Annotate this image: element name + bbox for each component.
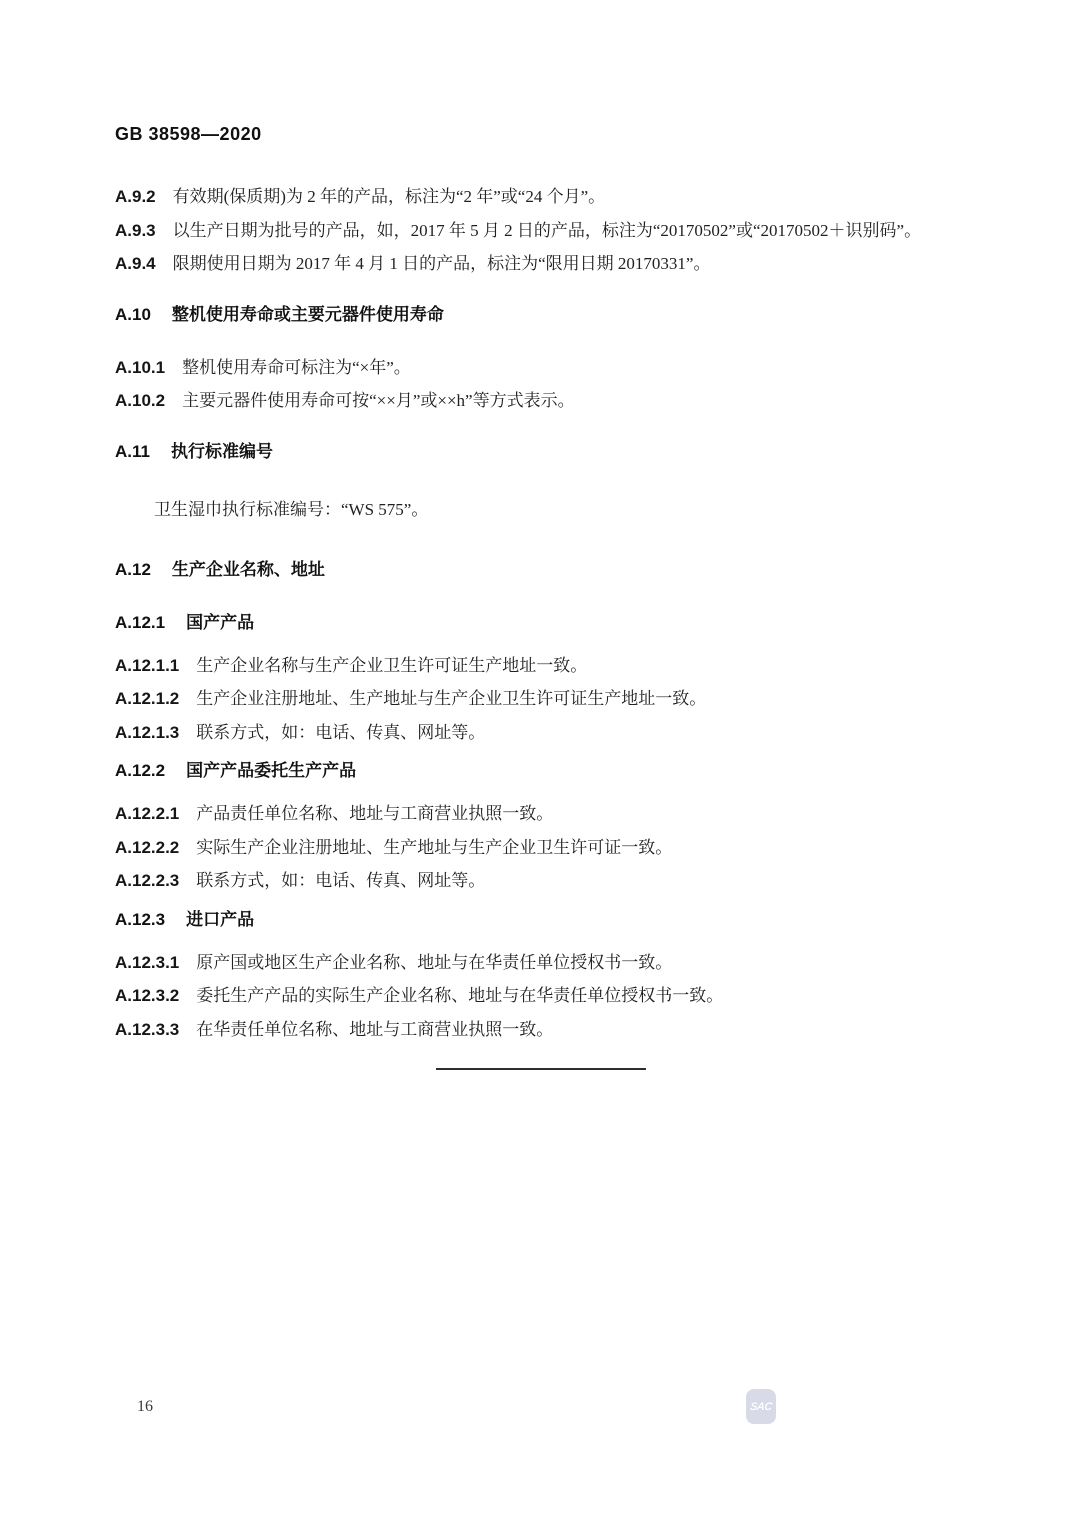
clause-number: A.12.3.3 [115,1020,179,1039]
section-heading: A.10整机使用寿命或主要元器件使用寿命 [115,298,967,332]
clause-text: 生产企业名称、地址 [172,560,325,579]
clause: A.10.1整机使用寿命可标注为“×年”。 [115,351,967,385]
clause-text: 整机使用寿命可标注为“×年”。 [182,358,411,377]
clause-number: A.12.3 [115,910,165,929]
clause-number: A.12 [115,560,151,579]
clause: A.12.1.3联系方式，如：电话、传真、网址等。 [115,716,967,750]
clause-number: A.12.1.2 [115,689,179,708]
subsection-heading: A.12.1国产产品 [115,606,967,640]
clause-number: A.12.3.1 [115,953,179,972]
section-heading: A.12生产企业名称、地址 [115,553,967,587]
clause-text: 在华责任单位名称、地址与工商营业执照一致。 [196,1020,553,1039]
clause-number: A.10 [115,305,151,324]
clause-number: A.12.1.1 [115,656,179,675]
clause-text: 产品责任单位名称、地址与工商营业执照一致。 [196,804,553,823]
clause-text: 限期使用日期为 2017 年 4 月 1 日的产品，标注为“限用日期 20170… [173,254,711,273]
clause-number: A.12.3.2 [115,986,179,1005]
clause: A.12.1.1生产企业名称与生产企业卫生许可证生产地址一致。 [115,649,967,683]
subsection-heading: A.12.3进口产品 [115,903,967,937]
clause: A.12.2.1产品责任单位名称、地址与工商营业执照一致。 [115,797,967,831]
clause: A.12.3.2委托生产产品的实际生产企业名称、地址与在华责任单位授权书一致。 [115,979,967,1013]
clause-text: 委托生产产品的实际生产企业名称、地址与在华责任单位授权书一致。 [196,986,723,1005]
clause-number: A.12.2.1 [115,804,179,823]
clause-text: 进口产品 [186,910,254,929]
subsection-heading: A.12.2国产产品委托生产产品 [115,754,967,788]
clause-number: A.9.3 [115,221,156,240]
clause: A.9.2有效期(保质期)为 2 年的产品，标注为“2 年”或“24 个月”。 [115,180,967,214]
clause-number: A.9.2 [115,187,156,206]
clause-text: 有效期(保质期)为 2 年的产品，标注为“2 年”或“24 个月”。 [173,187,606,206]
clause-number: A.10.1 [115,358,165,377]
clause: A.12.1.2生产企业注册地址、生产地址与生产企业卫生许可证生产地址一致。 [115,682,967,716]
end-of-text-divider [436,1068,646,1070]
clause-number: A.9.4 [115,254,156,273]
clause-text: 整机使用寿命或主要元器件使用寿命 [172,305,444,324]
clause-text: 联系方式，如：电话、传真、网址等。 [196,723,485,742]
standard-number-header: GB 38598—2020 [115,122,967,146]
clause-number: A.12.2 [115,761,165,780]
clause-text: 卫生湿巾执行标准编号：“WS 575”。 [154,500,428,519]
clause: A.12.2.2实际生产企业注册地址、生产地址与生产企业卫生许可证一致。 [115,831,967,865]
clause-text: 联系方式，如：电话、传真、网址等。 [196,871,485,890]
clause: A.10.2主要元器件使用寿命可按“××月”或××h”等方式表示。 [115,384,967,418]
clause-text: 主要元器件使用寿命可按“××月”或××h”等方式表示。 [182,391,575,410]
section-heading: A.11执行标准编号 [115,435,967,469]
clause-text: 国产产品 [186,613,254,632]
clause-text: 原产国或地区生产企业名称、地址与在华责任单位授权书一致。 [196,953,672,972]
clause-text: 生产企业名称与生产企业卫生许可证生产地址一致。 [196,656,587,675]
clause: A.12.3.1原产国或地区生产企业名称、地址与在华责任单位授权书一致。 [115,946,967,980]
clause-text: 国产产品委托生产产品 [186,761,356,780]
clause-number: A.12.2.2 [115,838,179,857]
document-body: A.9.2有效期(保质期)为 2 年的产品，标注为“2 年”或“24 个月”。A… [115,180,967,1046]
clause-number: A.12.1.3 [115,723,179,742]
clause-number: A.12.1 [115,613,165,632]
clause: A.12.2.3联系方式，如：电话、传真、网址等。 [115,864,967,898]
sac-logo: SAC [746,1389,776,1424]
page-content: GB 38598—2020 A.9.2有效期(保质期)为 2 年的产品，标注为“… [115,0,967,1070]
clause-number: A.10.2 [115,391,165,410]
clause: A.12.3.3在华责任单位名称、地址与工商营业执照一致。 [115,1013,967,1047]
page-number: 16 [137,1398,153,1416]
clause-text: 实际生产企业注册地址、生产地址与生产企业卫生许可证一致。 [196,838,672,857]
clause-number: A.12.2.3 [115,871,179,890]
clause-text: 生产企业注册地址、生产地址与生产企业卫生许可证生产地址一致。 [196,689,706,708]
document-page: GB 38598—2020 A.9.2有效期(保质期)为 2 年的产品，标注为“… [0,0,1080,1527]
clause-text: 以生产日期为批号的产品，如，2017 年 5 月 2 日的产品，标注为“2017… [173,221,921,240]
paragraph: 卫生湿巾执行标准编号：“WS 575”。 [115,493,967,527]
clause: A.9.3以生产日期为批号的产品，如，2017 年 5 月 2 日的产品，标注为… [115,214,967,248]
clause-number: A.11 [115,442,150,461]
sac-logo-text: SAC [749,1401,772,1413]
clause-text: 执行标准编号 [171,442,273,461]
clause: A.9.4限期使用日期为 2017 年 4 月 1 日的产品，标注为“限用日期 … [115,247,967,281]
